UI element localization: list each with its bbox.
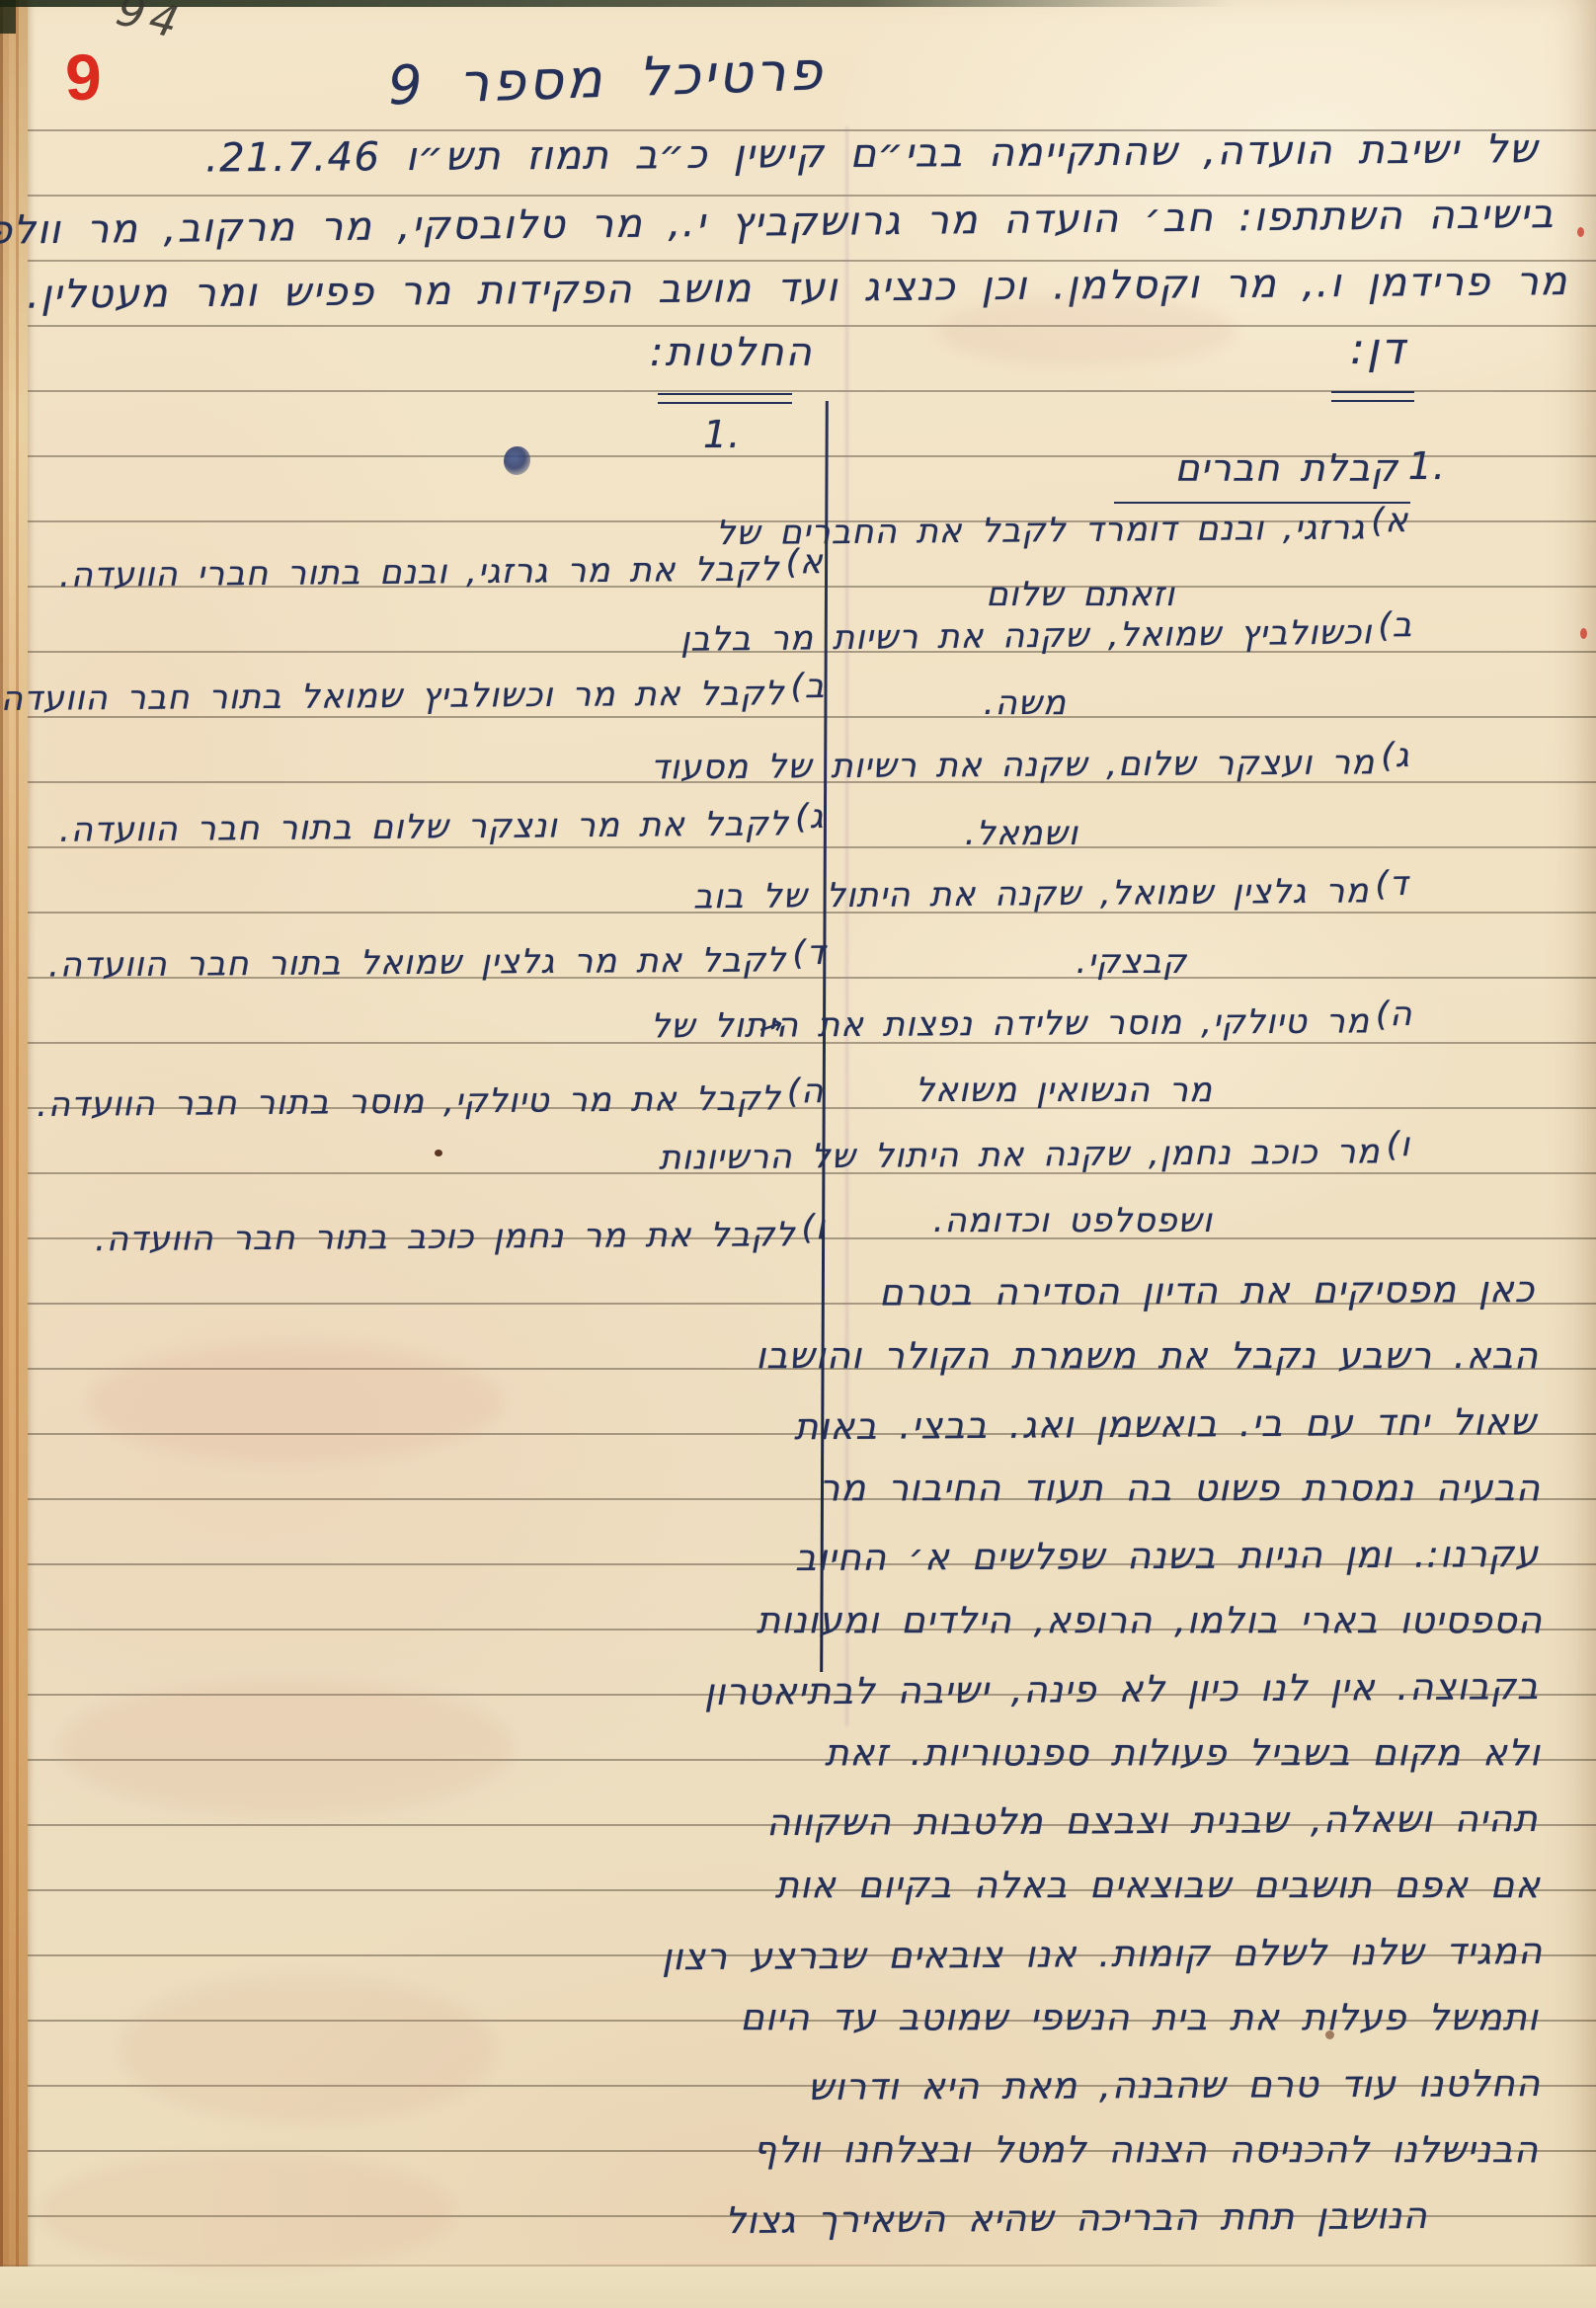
discussed-item: ג)מר ועצקר שלום, שקנה את רשיות של מסעוד [651, 743, 1410, 787]
discussed-item-continuation: מר הנשואין משואל [916, 1071, 1213, 1110]
decision-item: ד)לקבל את מר גלצין שמואל בתור חבר הוועדה… [48, 940, 827, 985]
discussion-line: הבעיה נמסרת פשוט בה תעוד החיבור מר [819, 1467, 1541, 1509]
ink-bleedthrough-smudge [89, 1343, 504, 1462]
page-title: פרטיכל מספר 9 [448, 40, 826, 115]
item-text: מר גלצין שמואל, שקנה את היתול של בוב [693, 871, 1370, 916]
ink-bleedthrough-smudge [40, 2153, 454, 2271]
item-text: מר כוכב נחמן, שקנה את היתול של הרשיונות [659, 1132, 1381, 1177]
item-letter: ד) [792, 933, 826, 973]
decisions-header-underline [658, 393, 792, 404]
pencil-archival-number: 94 [112, 0, 189, 49]
scanned-protocol-page: 94 9 פרטיכל מספר 9 של ישיבת הועדה, שהתקי… [0, 0, 1596, 2308]
discussion-line: הבא. רשבע נקבל את משמרת הקולר והושבו [756, 1334, 1539, 1377]
discussed-header: דן: [1350, 324, 1406, 374]
item-letter: א) [786, 542, 824, 582]
discussion-line: הבנישלנו להכניסה הצנוה למטל ובצלחנו וולף [754, 2128, 1539, 2171]
discussed-item-continuation: וזאתם שלום [986, 575, 1175, 614]
discussed-item-continuation: ושמאל. [965, 814, 1078, 853]
item-letter: ו) [801, 1208, 826, 1247]
decisions-header: החלטות: [650, 330, 814, 375]
intro-line: מר פרידמן ו., מר וקסלמן. וכן כנציג ועד מ… [0, 259, 1568, 322]
item-letter: ג) [794, 797, 824, 836]
discussion-line: שאול יחד עם בי. בואשמן ואג. בבצי. באות [794, 1400, 1537, 1448]
item-text: לקבל את מר גרזגי, ובנם בתור חברי הוועדה. [59, 549, 780, 595]
item-text: לקבל את מר גלצין שמואל בתור חבר הוועדה. [48, 940, 787, 985]
paper-speck [435, 1150, 442, 1156]
decision-item: ג)לקבל את מר ונצקר שלום בתור חבר הוועדה. [58, 804, 824, 850]
item-letter: ג) [1382, 736, 1411, 775]
decisions-section-number: 1. [703, 413, 741, 456]
discussion-line: ותמשל פעלות את בית הנשפי שמוטב עד היום [740, 1996, 1539, 2038]
discussion-line: המגיד שלנו לשלם קומות. אנו צובאים שברצע … [662, 1930, 1543, 1978]
discussion-line: תהיה ושאלה, שבנית וצבצם מלטבות השקווה [766, 1797, 1539, 1844]
item-text: לקבל את מר נחמן כוכב בתור חבר הוועדה. [95, 1215, 796, 1259]
red-edge-mark [1580, 628, 1587, 639]
item-letter: ה) [1375, 995, 1412, 1034]
scan-corner-shadow [0, 0, 16, 34]
ink-bleedthrough-smudge [119, 1975, 494, 2123]
paper-speck [1325, 2030, 1334, 2039]
item-text: מר ועצקר שלום, שקנה את רשיות של מסעוד [651, 743, 1376, 787]
item-text: לקבל את מר ונצקר שלום בתור חבר הוועדה. [58, 804, 788, 849]
decision-item: א)לקבל את מר גרזגי, ובנם בתור חברי הוועד… [59, 549, 824, 596]
section-title-underline [1114, 502, 1410, 504]
item-letter: ה) [786, 1072, 824, 1111]
discussed-item-continuation: משה. [984, 683, 1067, 723]
discussed-item-continuation: קבצקי. [1077, 942, 1187, 982]
intro-line: של ישיבת הועדה, שהתקיימה בבי״ם קישין כ״ב… [205, 126, 1539, 181]
item-letter: ו) [1386, 1125, 1410, 1164]
item-letter: ב) [1378, 605, 1412, 645]
discussion-line: בקבוצה. אין לנו כיון לא פינה, ישיבה לבתי… [704, 1665, 1540, 1713]
discussed-section-title: קבלת חברים [1174, 446, 1398, 490]
decision-item: ו)לקבל את מר נחמן כוכב בתור חבר הוועדה. [95, 1215, 826, 1259]
item-text: לקבל את מר טיולקי, מוסר בתור חבר הוועדה. [36, 1078, 780, 1125]
discussion-line: הנושבן תחת הבריכה שהיא השאירך גצול [725, 2194, 1428, 2242]
discussed-item: ד)מר גלצין שמואל, שקנה את היתול של בוב [693, 871, 1409, 916]
decision-item: ה)לקבל את מר טיולקי, מוסר בתור חבר הוועד… [36, 1078, 824, 1125]
item-letter: ב) [791, 667, 826, 706]
discussion-line: ולא מקום בשביל פעולות ספנטוריות. זאת [825, 1731, 1541, 1774]
item-letter: ד) [1375, 864, 1408, 904]
discussed-header-underline [1331, 391, 1414, 402]
stain-smudge [938, 296, 1235, 365]
discussion-line: כאן מפסיקים את הדיון הסדירה בטרם [879, 1268, 1535, 1313]
red-edge-mark [1577, 227, 1584, 237]
intro-line: בישיבה השתתפו: חב׳ הועדה מר גרושקביץ י.,… [0, 192, 1555, 255]
binding-edge [0, 0, 28, 2308]
discussed-section-number: 1. [1408, 444, 1446, 488]
item-text: לקבל את מר וכשולביץ שמואל בתור חבר הוועד… [0, 674, 785, 719]
discussion-line: הספסיטו בארי בולמו, הרופא, הילדים ומעונו… [757, 1599, 1543, 1641]
discussion-line: אם אפם תושבים שבוצאים באלה בקיום אות [775, 1864, 1541, 1906]
discussed-item-continuation: ושפסלפט וכדומה. [933, 1201, 1213, 1240]
discussion-line: החלטנו עוד טרם שהבנה, מאת היא ודרוש [808, 2062, 1541, 2109]
red-page-number-stamp: 9 [65, 40, 102, 115]
ink-bleedthrough-smudge [59, 1679, 514, 1817]
discussed-item: ב)וכשולביץ שמואל, שקנה את רשיות מר בלבן [679, 612, 1412, 660]
item-text: וכשולביץ שמואל, שקנה את רשיות מר בלבן [679, 612, 1372, 659]
decision-item: ב)לקבל את מר וכשולביץ שמואל בתור חבר הוו… [0, 674, 826, 719]
discussion-line: עקרנו:. ומן הניות בשנה שפלשים א׳ החיוב [795, 1533, 1539, 1579]
item-letter: א) [1371, 501, 1408, 540]
ink-blot [504, 446, 530, 475]
discussed-item: ו)מר כוכב נחמן, שקנה את היתול של הרשיונו… [659, 1132, 1411, 1178]
